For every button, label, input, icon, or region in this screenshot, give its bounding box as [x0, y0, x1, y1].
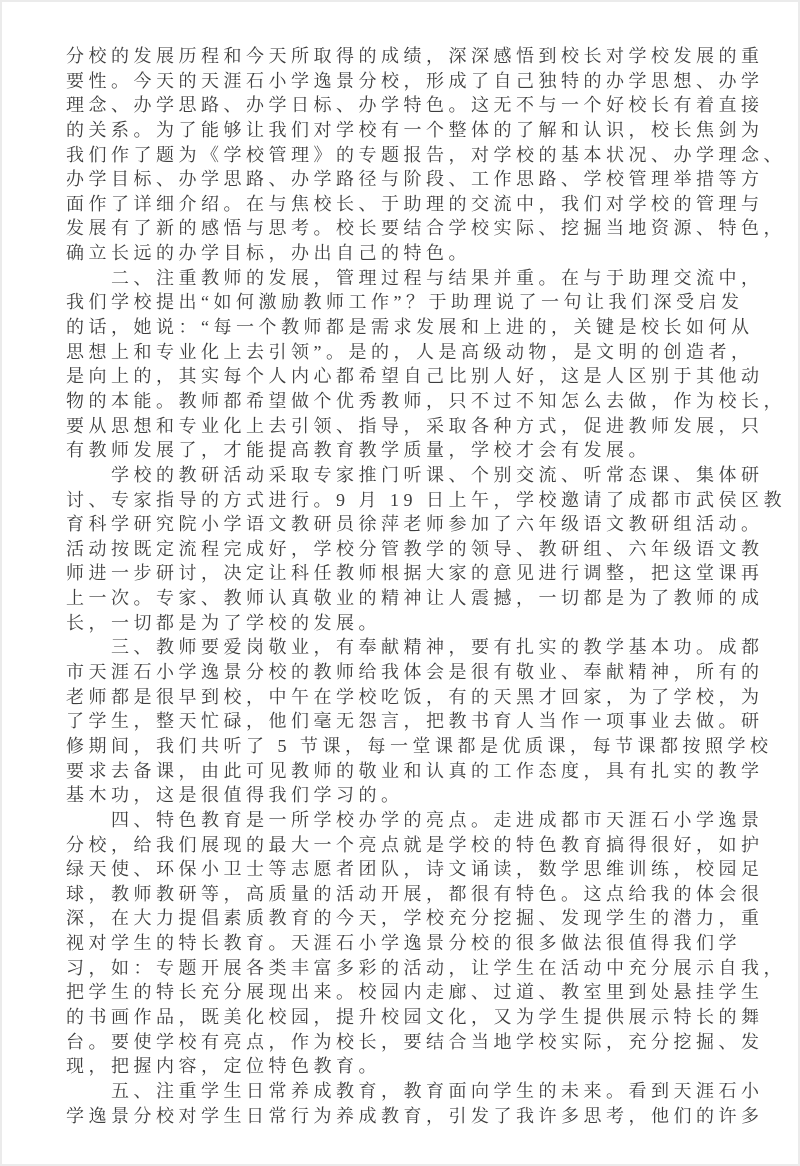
text-line: 基木功，这是很值得我们学习的。: [66, 783, 740, 808]
text-line: 的书画作品，既美化校园，提升校园文化，又为学生提供展示特长的舞: [66, 1005, 740, 1030]
text-line: 深，在大力提倡素质教育的今天，学校充分挖掘、发现学生的潜力，重: [66, 906, 740, 931]
text-line: 学校的教研活动采取专家推门听课、个别交流、听常态课、集体研: [66, 463, 740, 488]
text-line: 长，一切都是为了学校的发展。: [66, 611, 740, 636]
text-line: 师进一步研讨，决定让科任教师根据大家的意见进行调整，把这堂课再: [66, 561, 740, 586]
text-line: 了学生，整天忙碌，他们毫无怨言，把教书育人当作一项事业去做。研: [66, 709, 740, 734]
text-line: 确立长远的办学目标，办出自己的特色。: [66, 241, 740, 266]
text-line: 老师都是很早到校，中午在学校吃饭，有的天黑才回家，为了学校，为: [66, 685, 740, 710]
text-line: 面作了详细介绍。在与焦校长、于助理的交流中，我们对学校的管理与: [66, 192, 740, 217]
text-line: 讨、专家指导的方式进行。9 月 19 日上午，学校邀请了成都市武侯区教: [66, 488, 740, 513]
text-line: 要从思想和专业化上去引领、指导，采取各种方式，促进教师发展，只: [66, 414, 740, 439]
text-line: 四、特色教育是一所学校办学的亮点。走进成都市天涯石小学逸景: [66, 808, 740, 833]
text-line: 的话，她说：“每一个教师都是需求发展和上进的，关键是校长如何从: [66, 315, 740, 340]
text-line: 思想上和专业化上去引领”。是的，人是高级动物，是文明的创造者，: [66, 340, 740, 365]
document-page: 分校的发展历程和今天所取得的成绩，深深感悟到校长对学校发展的重要性。今天的天涯石…: [0, 0, 800, 1166]
text-line: 绿天使、环保小卫士等志愿者团队，诗文诵读，数学思维训练，校园足: [66, 857, 740, 882]
text-line: 要求去备课，由此可见教师的敬业和认真的工作态度，具有扎实的教学: [66, 759, 740, 784]
document-text-block: 分校的发展历程和今天所取得的成绩，深深感悟到校长对学校发展的重要性。今天的天涯石…: [66, 44, 740, 1128]
text-line: 现，把握内容，定位特色教育。: [66, 1054, 740, 1079]
text-line: 三、教师要爱岗敬业，有奉献精神，要有扎实的教学基本功。成都: [66, 635, 740, 660]
text-line: 是向上的，其实每个人内心都希望自己比别人好，这是人区别于其他动: [66, 364, 740, 389]
text-line: 把学生的特长充分展现出来。校园内走廊、过道、教室里到处悬挂学生: [66, 980, 740, 1005]
text-line: 球，教师教研等，高质量的活动开展，都很有特色。这点给我的体会很: [66, 882, 740, 907]
text-line: 二、注重教师的发展，管理过程与结果并重。在与于助理交流中，: [66, 266, 740, 291]
text-line: 分校，给我们展现的最大一个亮点就是学校的特色教育搞得很好，如护: [66, 833, 740, 858]
text-line: 学逸景分校对学生日常行为养成教育，引发了我许多思考，他们的许多: [66, 1104, 740, 1129]
text-line: 活动按既定流程完成好，学校分管教学的领导、教研组、六年级语文教: [66, 537, 740, 562]
text-line: 分校的发展历程和今天所取得的成绩，深深感悟到校长对学校发展的重: [66, 44, 740, 69]
text-line: 视对学生的特长教育。天涯石小学逸景分校的很多做法很值得我们学: [66, 931, 740, 956]
text-line: 我们学校提出“如何激励教师工作”？于助理说了一句让我们深受启发: [66, 290, 740, 315]
text-line: 有教师发展了，才能提高教育教学质量，学校才会有发展。: [66, 438, 740, 463]
text-line: 上一次。专家、教师认真敬业的精神让人震撼，一切都是为了教师的成: [66, 586, 740, 611]
text-line: 习，如：专题开展各类丰富多彩的活动，让学生在活动中充分展示自我，: [66, 956, 740, 981]
text-line: 台。要使学校有亮点，作为校长，要结合当地学校实际，充分挖掘、发: [66, 1030, 740, 1055]
text-line: 要性。今天的天涯石小学逸景分校，形成了自己独特的办学思想、办学: [66, 69, 740, 94]
text-line: 物的本能。教师都希望做个优秀教师，只不过不知怎么去做，作为校长，: [66, 389, 740, 414]
text-line: 的关系。为了能够让我们对学校有一个整体的了解和认识，校长焦剑为: [66, 118, 740, 143]
text-line: 育科学研究院小学语文教研员徐萍老师参加了六年级语文教研组活动。: [66, 512, 740, 537]
text-line: 五、注重学生日常养成教育，教育面向学生的未来。看到天涯石小: [66, 1079, 740, 1104]
text-line: 办学目标、办学思路、办学路径与阶段、工作思路、学校管理举措等方: [66, 167, 740, 192]
text-line: 理念、办学思路、办学日标、办学特色。这无不与一个好校长有着直接: [66, 93, 740, 118]
text-line: 修期间，我们共听了 5 节课，每一堂课都是优质课，每节课都按照学校: [66, 734, 740, 759]
text-line: 我们作了题为《学校管理》的专题报告，对学校的基本状况、办学理念、: [66, 143, 740, 168]
text-line: 市天涯石小学逸景分校的教师给我体会是很有敬业、奉献精神，所有的: [66, 660, 740, 685]
text-line: 发展有了新的感悟与思考。校长要结合学校实际、挖掘当地资源、特色，: [66, 216, 740, 241]
